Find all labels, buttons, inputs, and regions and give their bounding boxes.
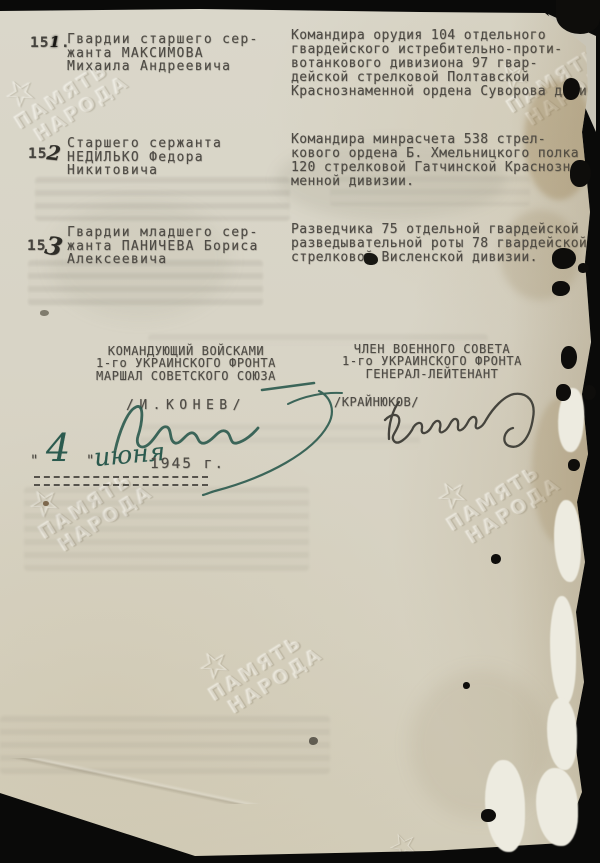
signoff-council-member-block: ЧЛЕН ВОЕННОГО СОВЕТА 1-го УКРАИНСКОГО ФР…: [324, 343, 540, 380]
ink-blot: [578, 263, 589, 273]
document-page: ☆ ПАМЯТЬ НАРОДА ☆ ПАМЯТЬ НАРОДА ☆ ПАМЯТЬ…: [0, 0, 600, 863]
scanned-document: ☆ ПАМЯТЬ НАРОДА ☆ ПАМЯТЬ НАРОДА ☆ ПАМЯТЬ…: [0, 0, 600, 863]
ink-blot: [583, 385, 596, 400]
recipient-name: Гвардии старшего сер- жанта МАКСИМОВА Ми…: [67, 33, 259, 74]
text-line: жанта МАКСИМОВА: [67, 47, 259, 61]
paper-crease: [0, 758, 270, 804]
hole: [463, 682, 470, 689]
watermark-star-icon: ☆: [381, 821, 426, 863]
text-line: НЕДИЛЬКО Федора: [67, 151, 222, 165]
corner-hole: [556, 0, 600, 34]
recipient-name: Гвардии младшего сер- жанта ПАНИЧЕВА Бор…: [67, 226, 259, 267]
date-year: 1945 г.: [150, 456, 225, 472]
entry-number: 151.: [30, 33, 71, 51]
text-line: Михаила Андреевича: [67, 60, 259, 74]
text-line: 1-го УКРАИНСКОГО ФРОНТА: [324, 355, 540, 367]
text-line: Гвардии старшего сер-: [67, 33, 259, 47]
entry-number: 153: [27, 227, 65, 256]
bleedthrough-text: [24, 487, 309, 571]
date-open-quote: ": [30, 453, 38, 469]
smudge: [40, 310, 49, 316]
text-line: жанта ПАНИЧЕВА Бориса: [67, 240, 259, 254]
entry-number-typed: 15: [30, 35, 49, 51]
dashed-underline: [34, 476, 208, 486]
entry-number-handwritten: 2: [46, 140, 63, 165]
typed-name-krainyukov: /КРАЙНЮКОВ/: [334, 395, 419, 409]
archive-watermark: ☆ ПАМЯТЬ НАРОДА: [190, 602, 327, 724]
ink-blot: [570, 160, 591, 187]
recipient-name: Старшего сержанта НЕДИЛЬКО Федора Никито…: [67, 137, 222, 178]
handwritten-day: 4: [46, 426, 70, 470]
entry-number-typed: 15: [28, 146, 47, 162]
entry-number: 152: [28, 139, 62, 163]
text-line: ГЕНЕРАЛ-ЛЕЙТЕНАНТ: [324, 368, 540, 380]
text-line: Никитовича: [67, 164, 222, 178]
entry-number-handwritten: 1: [49, 33, 60, 51]
speck: [309, 737, 318, 745]
signoff-commander-block: КОМАНДУЮЩИЙ ВОЙСКАМИ 1-го УКРАИНСКОГО ФР…: [78, 345, 294, 382]
typed-name-konev: /И.КОНЕВ/: [126, 398, 246, 413]
watermark-star-icon: ☆: [23, 817, 68, 863]
torn-edge-patch: [550, 596, 576, 704]
text-line: МАРШАЛ СОВЕТСКОГО СОЮЗА: [78, 370, 294, 382]
ink-blot: [568, 459, 580, 471]
text-line: Старшего сержанта: [67, 137, 222, 151]
torn-edge-patch: [554, 500, 581, 582]
text-line: 1-го УКРАИНСКОГО ФРОНТА: [78, 357, 294, 369]
ink-blot: [563, 78, 580, 100]
bleedthrough-text: [140, 424, 420, 450]
text-line: Алексеевича: [67, 253, 259, 267]
ink-blot: [364, 253, 378, 265]
text-line: Гвардии младшего сер-: [67, 226, 259, 240]
